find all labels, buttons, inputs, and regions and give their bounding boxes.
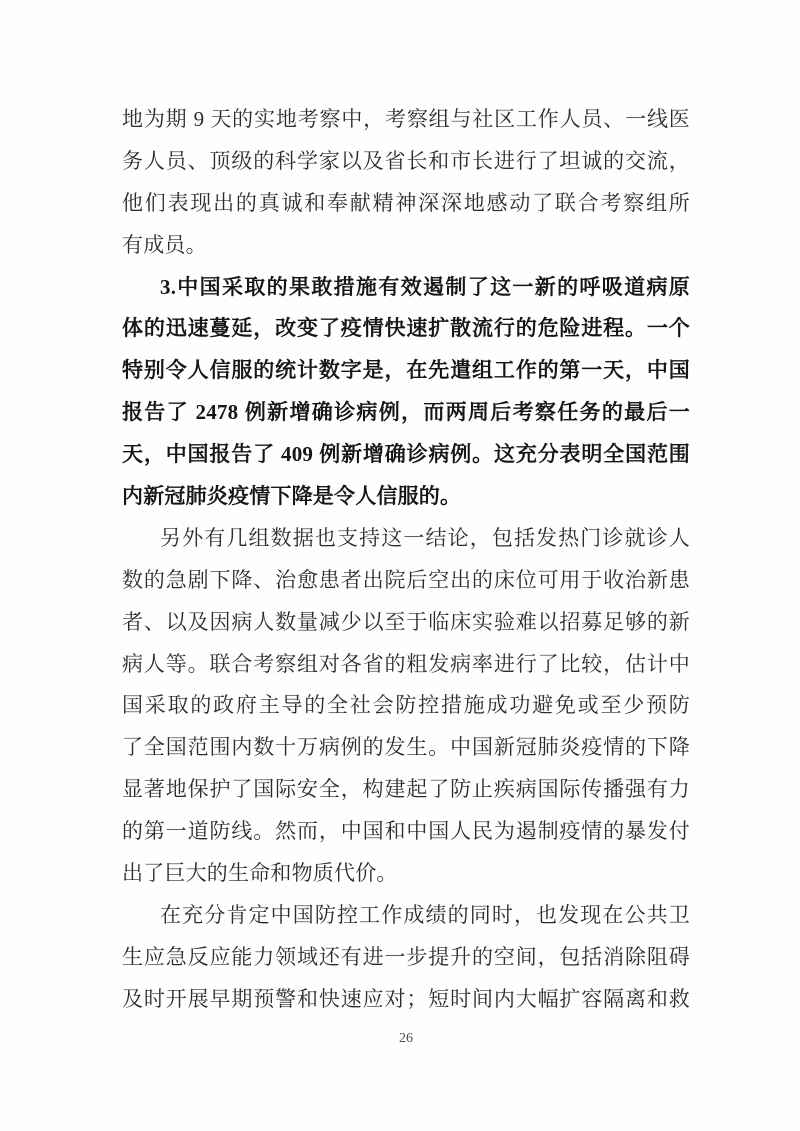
paragraph-room-for-improvement: 在充分肯定中国防控工作成绩的同时，也发现在公共卫生应急反应能力领域还有进一步提升… bbox=[122, 895, 690, 1021]
text-line: 务人员、顶级的科学家以及省长和市长进行了坦诚的交流， bbox=[122, 141, 690, 183]
text-line: 报告了 2478 例新增确诊病例，而两周后考察任务的最后一 bbox=[122, 392, 690, 434]
paragraph-supporting-data: 另外有几组数据也支持这一结论，包括发热门诊就诊人数的急剧下降、治愈患者出院后空出… bbox=[122, 518, 690, 895]
text-line: 及时开展早期预警和快速应对；短时间内大幅扩容隔离和救 bbox=[122, 979, 690, 1021]
paragraph-point-3-bold-measures: 3.中国采取的果敢措施有效遏制了这一新的呼吸道病原体的迅速蔓延，改变了疫情快速扩… bbox=[122, 267, 690, 518]
text-line: 地为期 9 天的实地考察中，考察组与社区工作人员、一线医 bbox=[122, 99, 690, 141]
text-line: 特别令人信服的统计数字是，在先遣组工作的第一天，中国 bbox=[122, 350, 690, 392]
text-line: 在充分肯定中国防控工作成绩的同时，也发现在公共卫 bbox=[122, 895, 690, 937]
page-number: 26 bbox=[122, 1029, 690, 1049]
text-line: 者、以及因病人数量减少以至于临床实验难以招募足够的新 bbox=[122, 602, 690, 644]
text-line: 病人等。联合考察组对各省的粗发病率进行了比较，估计中 bbox=[122, 644, 690, 686]
page-body-text: 地为期 9 天的实地考察中，考察组与社区工作人员、一线医务人员、顶级的科学家以及… bbox=[122, 99, 690, 1021]
document-page: 地为期 9 天的实地考察中，考察组与社区工作人员、一线医务人员、顶级的科学家以及… bbox=[0, 0, 800, 1131]
text-line: 内新冠肺炎疫情下降是令人信服的。 bbox=[122, 476, 690, 518]
text-line: 另外有几组数据也支持这一结论，包括发热门诊就诊人 bbox=[122, 518, 690, 560]
text-line: 国采取的政府主导的全社会防控措施成功避免或至少预防 bbox=[122, 685, 690, 727]
text-line: 他们表现出的真诚和奉献精神深深地感动了联合考察组所 bbox=[122, 183, 690, 225]
paragraph-field-visit-continuation: 地为期 9 天的实地考察中，考察组与社区工作人员、一线医务人员、顶级的科学家以及… bbox=[122, 99, 690, 267]
text-line: 了全国范围内数十万病例的发生。中国新冠肺炎疫情的下降 bbox=[122, 727, 690, 769]
text-line: 的第一道防线。然而，中国和中国人民为遏制疫情的暴发付 bbox=[122, 811, 690, 853]
text-line: 生应急反应能力领域还有进一步提升的空间，包括消除阻碍 bbox=[122, 937, 690, 979]
text-line: 数的急剧下降、治愈患者出院后空出的床位可用于收治新患 bbox=[122, 560, 690, 602]
text-line: 天，中国报告了 409 例新增确诊病例。这充分表明全国范围 bbox=[122, 434, 690, 476]
text-line: 显著地保护了国际安全，构建起了防止疾病国际传播强有力 bbox=[122, 769, 690, 811]
text-line: 体的迅速蔓延，改变了疫情快速扩散流行的危险进程。一个 bbox=[122, 308, 690, 350]
text-line: 有成员。 bbox=[122, 225, 690, 267]
text-line: 3.中国采取的果敢措施有效遏制了这一新的呼吸道病原 bbox=[122, 267, 690, 309]
text-line: 出了巨大的生命和物质代价。 bbox=[122, 853, 690, 895]
